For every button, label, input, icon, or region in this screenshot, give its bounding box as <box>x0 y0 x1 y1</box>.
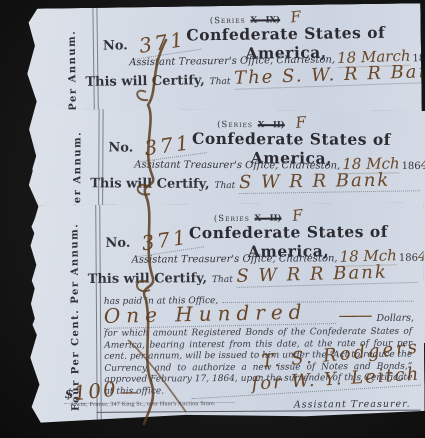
certify-row: This will Certify, That S W R R Bank <box>88 265 418 289</box>
photo-background: Four Per Cent. Per Annum. (Series X—IX) … <box>0 0 425 438</box>
that-label: That <box>210 77 231 87</box>
certify-label: This will Certify, <box>88 271 207 287</box>
handwritten-payer-name: S W R R Bank <box>236 261 417 288</box>
handwritten-flourish-dash: —— <box>338 305 370 326</box>
that-label: That <box>214 181 235 191</box>
amount-words-row: One Hundred —— Dollars, <box>104 302 414 329</box>
assistant-treasurer-label: Assistant Treasurer. <box>294 399 411 411</box>
number-label: No. <box>105 236 130 251</box>
number-label: No. <box>103 38 128 53</box>
number-label: No. <box>108 140 133 155</box>
signature-block: T. S. Rodgers for W. Y. Leitch <box>190 347 420 394</box>
handwritten-year-digit: 4 <box>421 157 425 173</box>
that-label: That <box>212 275 233 285</box>
handwritten-payer-name: S W R R Bank <box>239 169 420 194</box>
dollars-label: Dollars, <box>376 313 414 324</box>
certificate-3: Four Per Cent. Per Annum. (Series X—II) … <box>25 203 425 430</box>
handwritten-amount-words: One Hundred <box>104 299 337 329</box>
printer-imprint: Jewitt, Printer, 347 King St., over Hunt… <box>71 401 216 408</box>
certify-label: This will Certify, <box>85 73 204 90</box>
bottom-border-rule <box>97 410 421 413</box>
certify-label: This will Certify, <box>90 176 209 192</box>
certify-row: This will Certify, That The S. W. R R Ba… <box>85 65 415 92</box>
office-line: Assistant Treasurer's Office, Charleston… <box>134 160 340 172</box>
certify-row: This will Certify, That S W R R Bank <box>90 171 420 195</box>
handwritten-flourish-dash: — <box>120 382 136 403</box>
